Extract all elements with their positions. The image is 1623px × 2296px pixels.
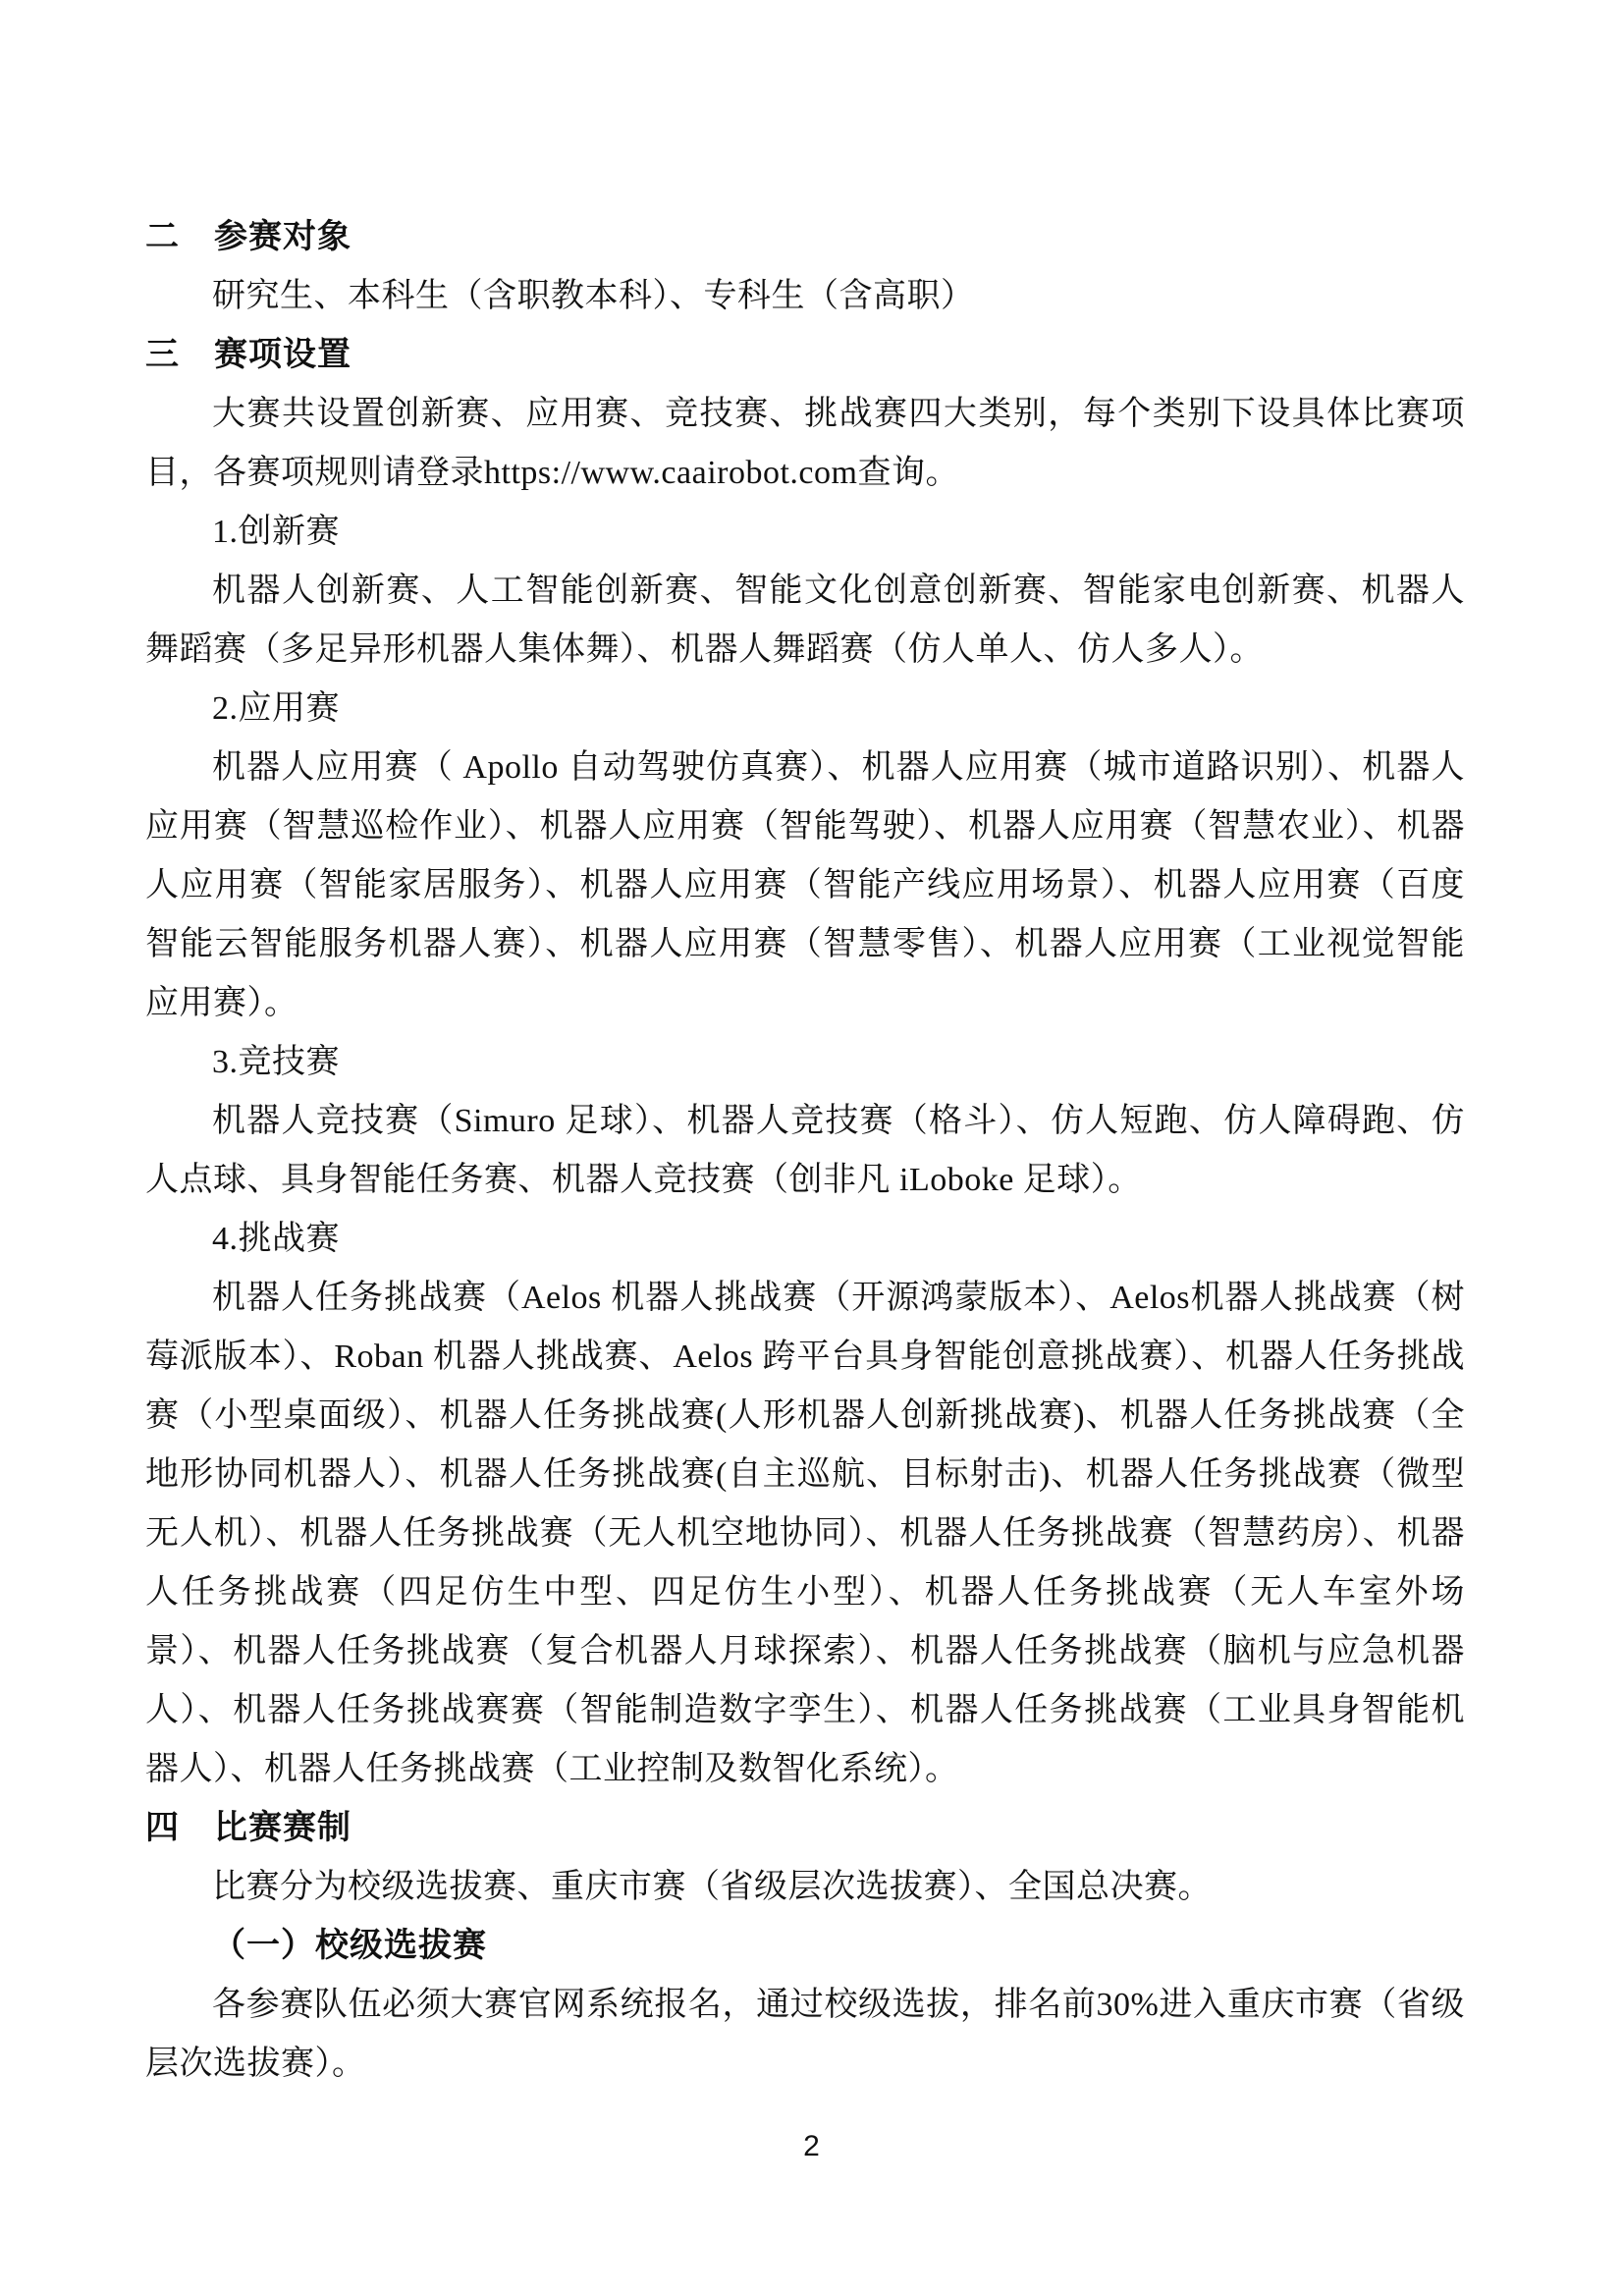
para-application-events: 机器人应用赛（ Apollo 自动驾驶仿真赛）、机器人应用赛（城市道路识别）、机… — [145, 738, 1465, 1033]
para-innovation-events: 机器人创新赛、人工智能创新赛、智能文化创意创新赛、智能家电创新赛、机器人舞蹈赛（… — [145, 562, 1465, 680]
page-number: 2 — [0, 2127, 1623, 2166]
item-title-competitive: 3.竞技赛 — [145, 1033, 1465, 1092]
subheading-school-selection: （一）校级选拔赛 — [145, 1917, 1465, 1976]
heading-event-setup: 三 赛项设置 — [145, 326, 1465, 385]
item-title-innovation: 1.创新赛 — [145, 503, 1465, 562]
para-school-selection: 各参赛队伍必须大赛官网系统报名，通过校级选拔，排名前30%进入重庆市赛（省级层次… — [145, 1976, 1465, 2094]
para-event-setup-intro: 大赛共设置创新赛、应用赛、竞技赛、挑战赛四大类别，每个类别下设具体比赛项目，各赛… — [145, 385, 1465, 503]
para-participants: 研究生、本科生（含职教本科）、专科生（含高职） — [145, 267, 1465, 326]
item-title-application: 2.应用赛 — [145, 680, 1465, 738]
para-challenge-events: 机器人任务挑战赛（Aelos 机器人挑战赛（开源鸿蒙版本）、Aelos机器人挑战… — [145, 1269, 1465, 1799]
document-page: 二 参赛对象 研究生、本科生（含职教本科）、专科生（含高职） 三 赛项设置 大赛… — [0, 0, 1623, 2296]
para-competitive-events: 机器人竞技赛（Simuro 足球）、机器人竞技赛（格斗）、仿人短跑、仿人障碍跑、… — [145, 1092, 1465, 1210]
para-competition-format: 比赛分为校级选拔赛、重庆市赛（省级层次选拔赛）、全国总决赛。 — [145, 1858, 1465, 1917]
document-content: 二 参赛对象 研究生、本科生（含职教本科）、专科生（含高职） 三 赛项设置 大赛… — [145, 208, 1465, 2094]
item-title-challenge: 4.挑战赛 — [145, 1210, 1465, 1269]
heading-competition-format: 四 比赛赛制 — [145, 1799, 1465, 1858]
heading-participants: 二 参赛对象 — [145, 208, 1465, 267]
